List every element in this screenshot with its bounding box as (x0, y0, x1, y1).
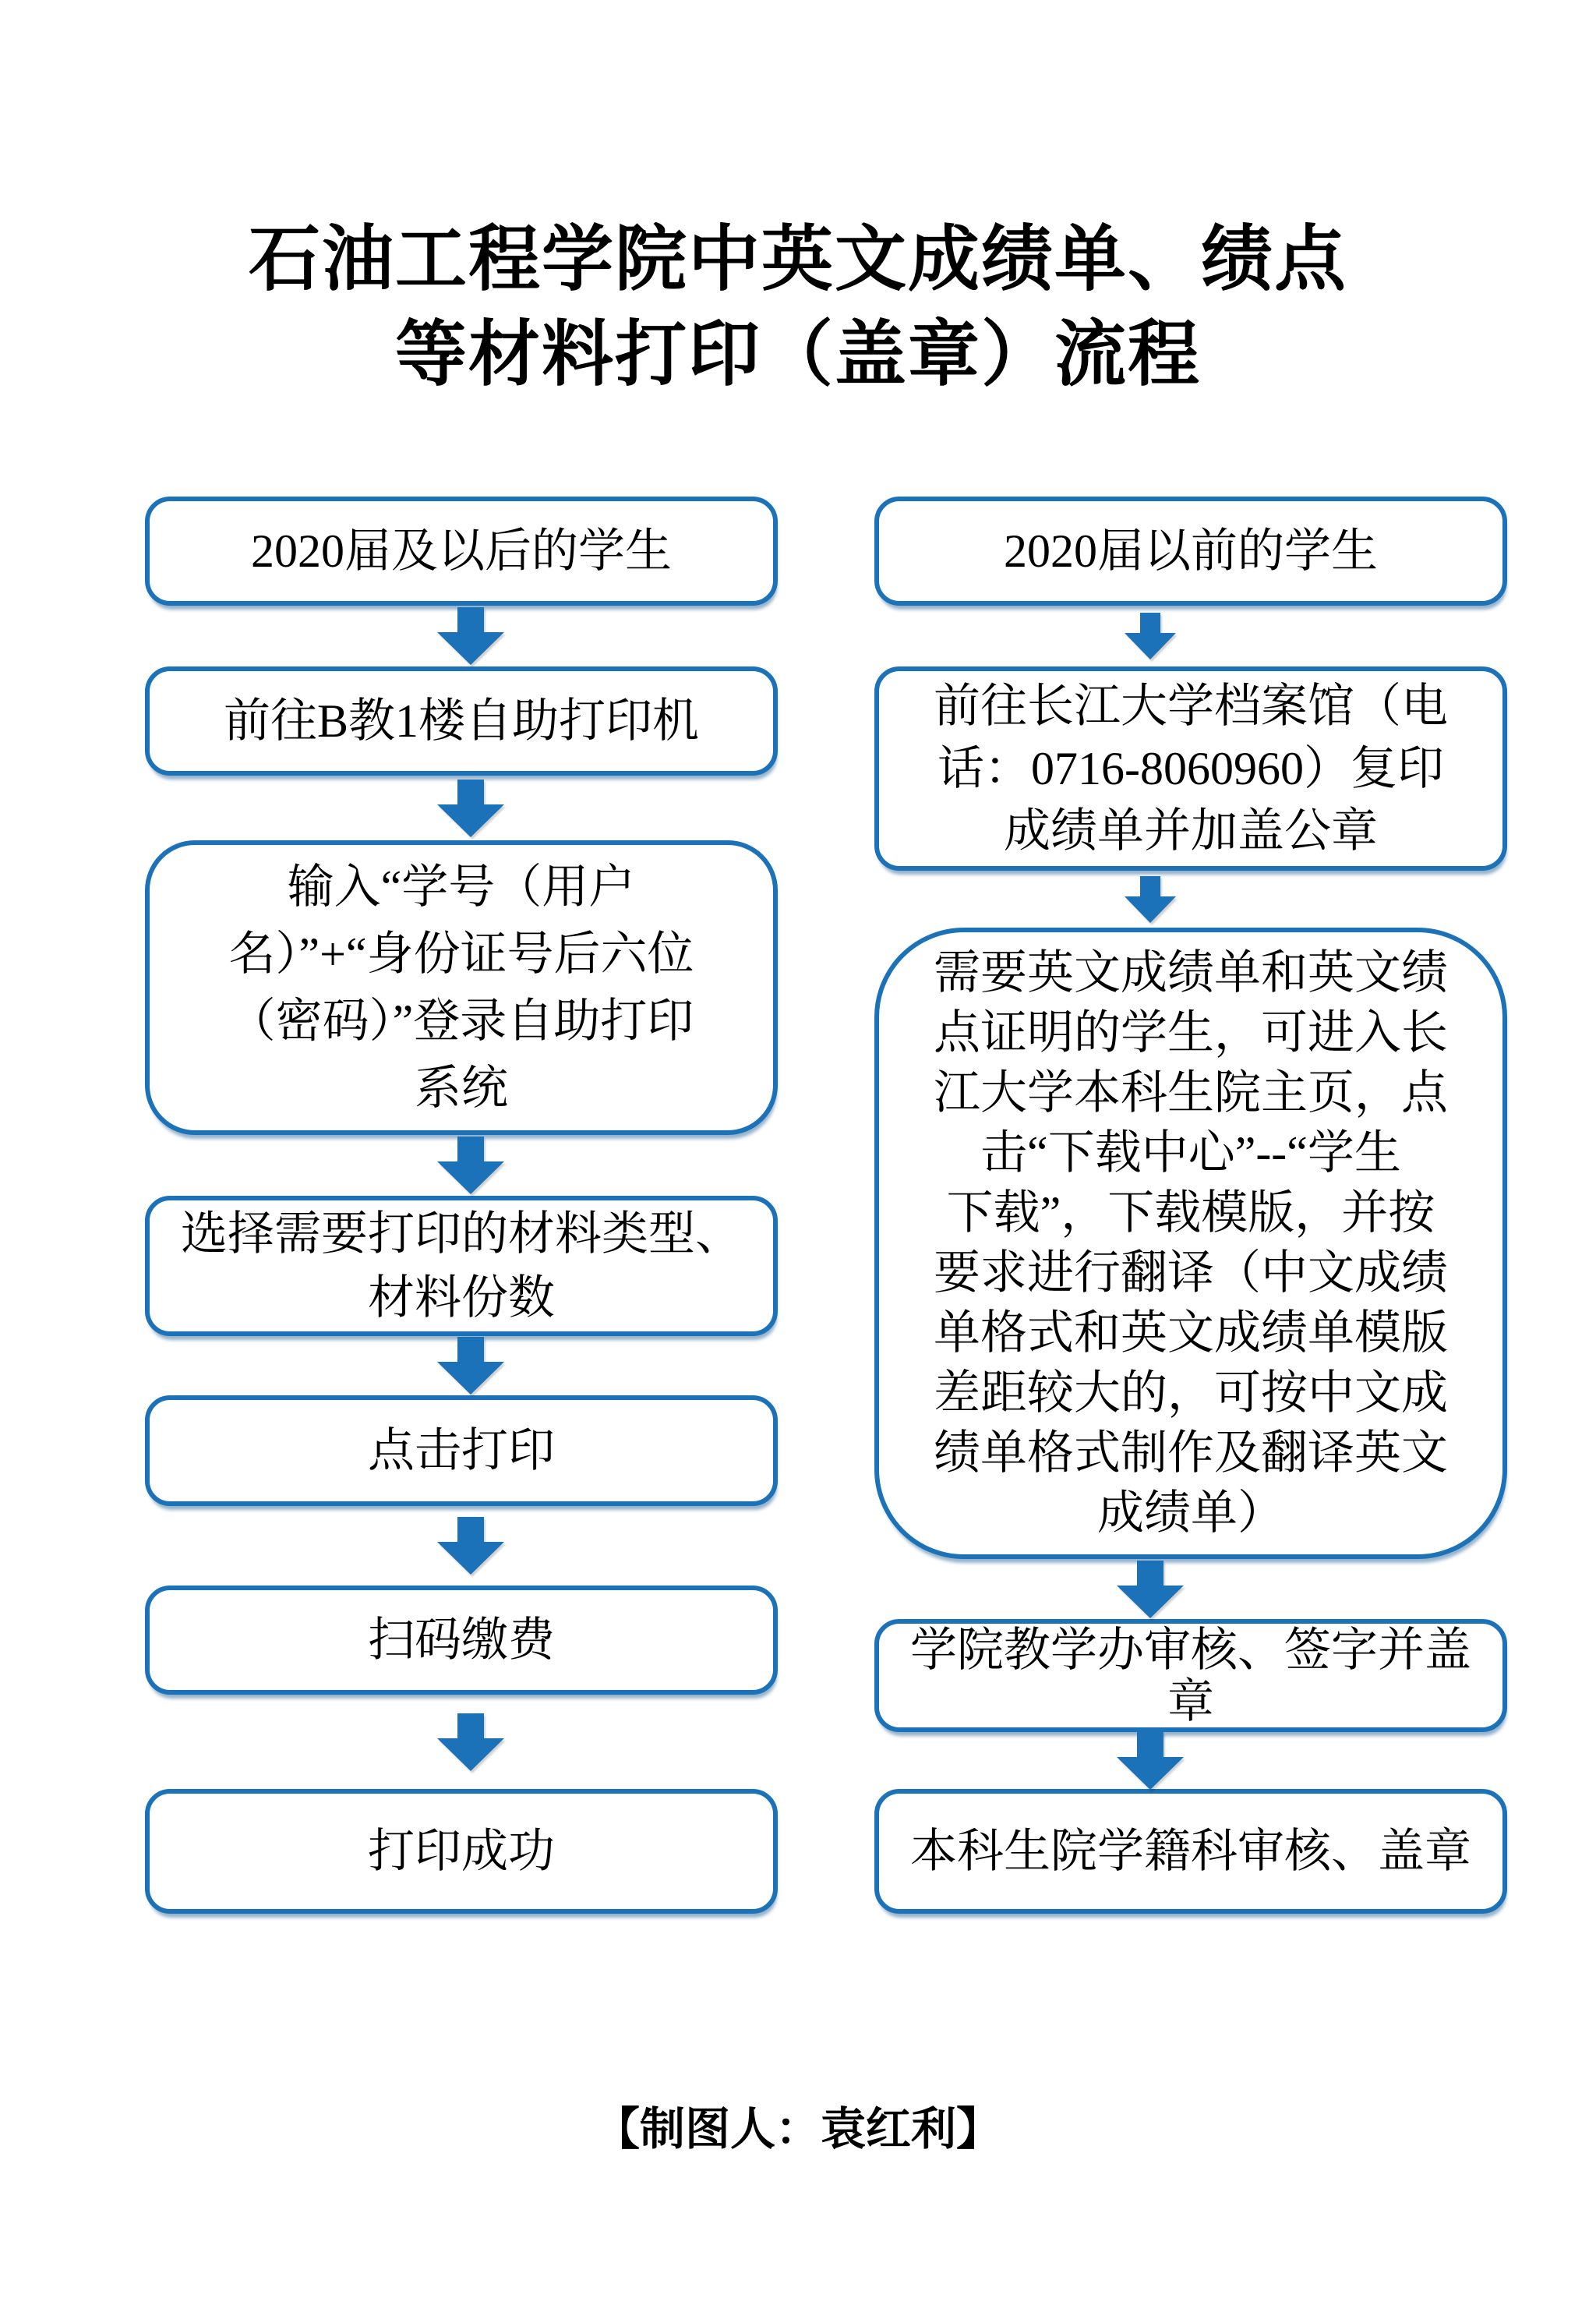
connector-gap (145, 1506, 778, 1586)
left-flow-column: 2020届及以后的学生 前往B教1楼自助打印机 输入“学号（用户 名）”+“身份… (145, 497, 778, 1914)
arrow-shaft (1137, 1561, 1163, 1586)
step-text: 前往长江大学档案馆（电 话：0716-8060960）复印 成绩单并加盖公章 (920, 675, 1462, 862)
step-text: 打印成功 (354, 1821, 569, 1882)
arrow-head (1117, 1757, 1184, 1790)
down-arrow-icon (437, 1337, 504, 1395)
right-flow-column: 2020届以前的学生 前往长江大学档案馆（电 话：0716-8060960）复印… (874, 497, 1507, 1914)
connector-gap (145, 1336, 778, 1395)
connector-gap (145, 1695, 778, 1789)
step-2020-and-after: 2020届及以后的学生 (145, 497, 778, 606)
down-arrow-icon (437, 1713, 504, 1771)
arrow-head (1117, 1586, 1184, 1618)
step-text: 需要英文成绩单和英文绩 点证明的学生，可进入长 江大学本科生院主页，点 击“下载… (920, 943, 1462, 1543)
connector-gap (145, 776, 778, 840)
arrow-shaft (1137, 1732, 1163, 1757)
arrow-head (437, 1161, 504, 1194)
arrow-shaft (457, 607, 484, 632)
arrow-head (1125, 896, 1176, 923)
connector-gap (145, 1135, 778, 1196)
down-arrow-icon (1125, 876, 1176, 923)
step-text: 输入“学号（用户 名）”+“身份证号后六位 （密码）”登录自助打印 系统 (214, 854, 708, 1122)
arrow-head (437, 632, 504, 665)
step-text: 2020届及以后的学生 (237, 521, 686, 582)
step-college-teaching-office-review: 学院教学办审核、签字并盖 章 (874, 1619, 1507, 1732)
flowchart-page: 石油工程学院中英文成绩单、绩点 等材料打印（盖章）流程 2020届及以后的学生 … (0, 0, 1596, 2305)
step-print-success: 打印成功 (145, 1789, 778, 1914)
credit-line: 【制图人：袁红利】 (0, 2092, 1596, 2158)
arrow-head (437, 1542, 504, 1575)
step-text: 选择需要打印的材料类型、 材料份数 (167, 1202, 756, 1330)
step-click-print: 点击打印 (145, 1395, 778, 1506)
down-arrow-icon (437, 1517, 504, 1575)
down-arrow-icon (437, 780, 504, 837)
step-text: 点击打印 (354, 1420, 569, 1481)
page-title: 石油工程学院中英文成绩单、绩点 等材料打印（盖章）流程 (0, 212, 1596, 402)
arrow-shaft (1140, 613, 1160, 633)
step-english-transcript-template-note: 需要英文成绩单和英文绩 点证明的学生，可进入长 江大学本科生院主页，点 击“下载… (874, 928, 1507, 1559)
step-before-2020: 2020届以前的学生 (874, 497, 1507, 606)
step-login-self-print-system: 输入“学号（用户 名）”+“身份证号后六位 （密码）”登录自助打印 系统 (145, 840, 778, 1135)
arrow-shaft (457, 1517, 484, 1542)
connector-gap (874, 871, 1507, 928)
arrow-head (1125, 633, 1176, 659)
arrow-head (437, 1362, 504, 1395)
down-arrow-icon (1125, 613, 1176, 659)
step-scan-code-pay: 扫码缴费 (145, 1586, 778, 1695)
step-go-to-self-print-machine: 前往B教1楼自助打印机 (145, 666, 778, 776)
step-archive-copy-transcript: 前往长江大学档案馆（电 话：0716-8060960）复印 成绩单并加盖公章 (874, 666, 1507, 871)
connector-gap (874, 1559, 1507, 1619)
down-arrow-icon (437, 1137, 504, 1194)
step-registrar-review-stamp: 本科生院学籍科审核、盖章 (874, 1789, 1507, 1914)
connector-gap (145, 606, 778, 666)
step-select-material-type-copies: 选择需要打印的材料类型、 材料份数 (145, 1196, 778, 1336)
step-text: 扫码缴费 (354, 1610, 569, 1670)
down-arrow-icon (1117, 1561, 1184, 1618)
arrow-shaft (457, 1337, 484, 1362)
arrow-shaft (457, 780, 484, 804)
arrow-shaft (457, 1713, 484, 1738)
down-arrow-icon (1117, 1732, 1184, 1790)
connector-gap (874, 1732, 1507, 1789)
arrow-head (437, 804, 504, 837)
connector-gap (874, 606, 1507, 666)
down-arrow-icon (437, 607, 504, 665)
arrow-head (437, 1738, 504, 1771)
step-text: 学院教学办审核、签字并盖 章 (896, 1624, 1485, 1727)
step-text: 前往B教1楼自助打印机 (210, 691, 713, 751)
step-text: 本科生院学籍科审核、盖章 (896, 1821, 1485, 1882)
arrow-shaft (1140, 876, 1160, 896)
step-text: 2020届以前的学生 (990, 521, 1392, 582)
arrow-shaft (457, 1137, 484, 1161)
